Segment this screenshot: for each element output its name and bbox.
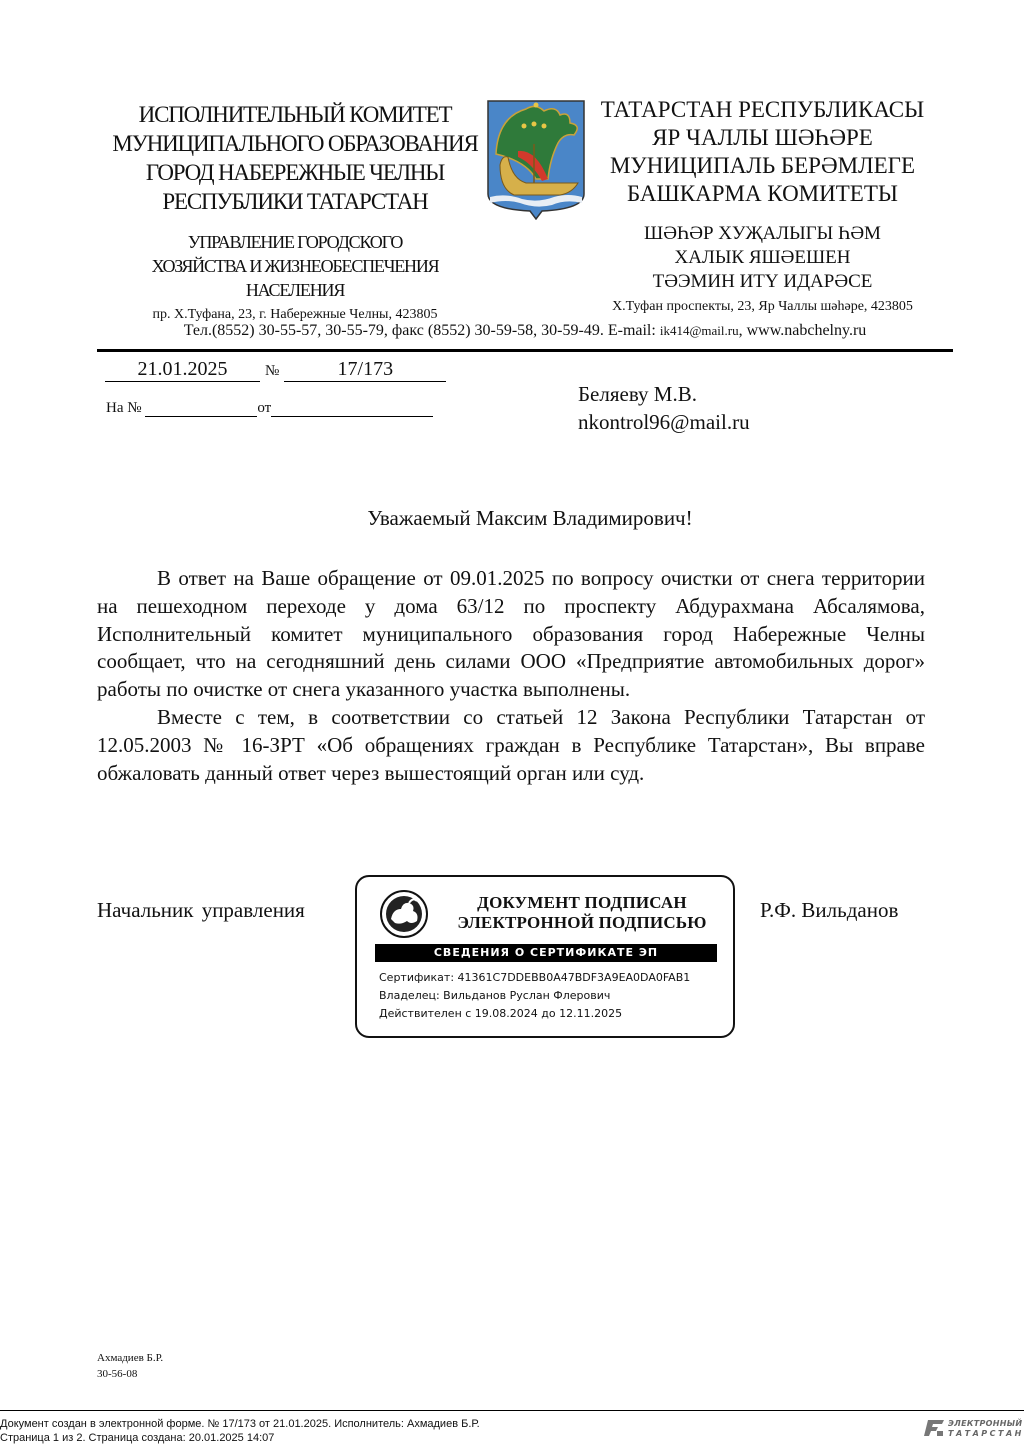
org-line: МУНИЦИПАЛЬНОГО ОБРАЗОВАНИЯ	[100, 129, 490, 158]
header-divider	[97, 349, 953, 352]
ref-date-field	[271, 402, 433, 417]
contacts-website-link[interactable]: , www.nabchelny.ru	[739, 322, 867, 339]
address-tt: Х.Туфан проспекты, 23, Яр Чаллы шәһәре, …	[590, 298, 935, 316]
dept-line: ХОЗЯЙСТВА И ЖИЗНЕОБЕСПЕЧЕНИЯ	[100, 254, 490, 278]
logo-text: ЭЛЕКТРОННЫЙ ТАТАРСТАН	[948, 1419, 1024, 1439]
electronic-tatarstan-icon	[924, 1418, 946, 1438]
footer-info: Документ создан в электронной форме. № 1…	[0, 1417, 480, 1445]
org-line: ИСПОЛНИТЕЛЬНЫЙ КОМИТЕТ	[100, 100, 490, 129]
footer-page-info: Страница 1 из 2. Страница создана: 20.01…	[0, 1431, 480, 1445]
org-line: ЯР ЧАЛЛЫ ШӘҺӘРЕ	[590, 124, 935, 152]
letter-body: В ответ на Ваше обращение от 09.01.2025 …	[97, 565, 925, 787]
executor-block: Ахмадиев Б.Р. 30-56-08	[97, 1350, 163, 1382]
electronic-signature-stamp: ДОКУМЕНТ ПОДПИСАН ЭЛЕКТРОННОЙ ПОДПИСЬЮ С…	[355, 875, 735, 1038]
org-line: ГОРОД НАБЕРЕЖНЫЕ ЧЕЛНЫ	[100, 158, 490, 187]
recipient-email[interactable]: nkontrol96@mail.ru	[578, 408, 750, 436]
registration-number: 17/173	[284, 358, 446, 382]
certificate-info-bar: СВЕДЕНИЯ О СЕРТИФИКАТЕ ЭП	[375, 944, 717, 962]
department-title-tt: ШӘҺӘР ХУҖАЛЫГЫ ҺӘМ ХАЛЫК ЯШӘЕШЕН ТӘЭМИН …	[590, 222, 935, 294]
certificate-owner: Владелец: Вильданов Руслан Флерович	[379, 987, 690, 1005]
electronic-tatarstan-logo: ЭЛЕКТРОННЫЙ ТАТАРСТАН	[924, 1418, 1014, 1440]
body-paragraph: Вместе с тем, в соответствии со статьей …	[97, 704, 925, 787]
logo-text-line: ТАТАРСТАН	[948, 1429, 1024, 1439]
signer-position: Начальник управления	[97, 898, 305, 923]
recipient-block: Беляеву М.В. nkontrol96@mail.ru	[578, 380, 750, 436]
org-line: ТАТАРСТАН РЕСПУБЛИКАСЫ	[590, 96, 935, 124]
stamp-title-line: ЭЛЕКТРОННОЙ ПОДПИСЬЮ	[447, 913, 717, 933]
dept-line: ШӘҺӘР ХУҖАЛЫГЫ ҺӘМ	[590, 222, 935, 246]
recipient-name: Беляеву М.В.	[578, 380, 750, 408]
greeting: Уважаемый Максим Владимирович!	[0, 506, 1024, 531]
header-left-block: ИСПОЛНИТЕЛЬНЫЙ КОМИТЕТ МУНИЦИПАЛЬНОГО ОБ…	[100, 100, 490, 324]
contacts-email-link[interactable]: ik414@mail.ru	[660, 323, 739, 338]
org-line: БАШКАРМА КОМИТЕТЫ	[590, 180, 935, 208]
contacts-line: Тел.(8552) 30-55-57, 30-55-79, факс (855…	[100, 322, 950, 340]
header-right-block: ТАТАРСТАН РЕСПУБЛИКАСЫ ЯР ЧАЛЛЫ ШӘҺӘРЕ М…	[590, 96, 935, 316]
org-title-tt: ТАТАРСТАН РЕСПУБЛИКАСЫ ЯР ЧАЛЛЫ ШӘҺӘРЕ М…	[590, 96, 935, 208]
body-paragraph: В ответ на Ваше обращение от 09.01.2025 …	[97, 565, 925, 704]
ref-date-label: от	[257, 400, 271, 416]
executor-name: Ахмадиев Б.Р.	[97, 1350, 163, 1366]
stamp-title: ДОКУМЕНТ ПОДПИСАН ЭЛЕКТРОННОЙ ПОДПИСЬЮ	[447, 893, 717, 933]
certificate-info: Сертификат: 41361C7DDEBB0A47BDF3A9EA0DA0…	[379, 969, 690, 1023]
contacts-phones: Тел.(8552) 30-55-57, 30-55-79, факс (855…	[184, 322, 660, 339]
dept-line: УПРАВЛЕНИЕ ГОРОДСКОГО	[100, 230, 490, 254]
registration-line: 21.01.2025 № 17/173	[105, 358, 446, 382]
stamp-title-line: ДОКУМЕНТ ПОДПИСАН	[447, 893, 717, 913]
signer-name: Р.Ф. Вильданов	[760, 898, 898, 923]
registration-date: 21.01.2025	[105, 358, 260, 382]
dept-line: НАСЕЛЕНИЯ	[100, 278, 490, 302]
certificate-number: Сертификат: 41361C7DDEBB0A47BDF3A9EA0DA0…	[379, 969, 690, 987]
footer-divider	[0, 1410, 1024, 1411]
coat-of-arms-icon	[486, 99, 586, 220]
dept-line: ХАЛЫК ЯШӘЕШЕН	[590, 246, 935, 270]
ref-number-field	[145, 402, 257, 417]
org-title-ru: ИСПОЛНИТЕЛЬНЫЙ КОМИТЕТ МУНИЦИПАЛЬНОГО ОБ…	[100, 100, 490, 216]
org-line: РЕСПУБЛИКИ ТАТАРСТАН	[100, 187, 490, 216]
org-line: МУНИЦИПАЛЬ БЕРӘМЛЕГЕ	[590, 152, 935, 180]
certificate-validity: Действителен с 19.08.2024 до 12.11.2025	[379, 1005, 690, 1023]
executor-phone: 30-56-08	[97, 1366, 163, 1382]
logo-text-line: ЭЛЕКТРОННЫЙ	[948, 1419, 1024, 1429]
number-label: №	[265, 363, 279, 379]
tatarstan-emblem-icon	[379, 889, 429, 939]
dept-line: ТӘЭМИН ИТҮ ИДАРӘСЕ	[590, 270, 935, 294]
department-title-ru: УПРАВЛЕНИЕ ГОРОДСКОГО ХОЗЯЙСТВА И ЖИЗНЕО…	[100, 230, 490, 302]
ref-number-label: На №	[106, 400, 142, 416]
reference-line: На № от	[106, 400, 433, 417]
footer-document-info: Документ создан в электронной форме. № 1…	[0, 1417, 480, 1431]
